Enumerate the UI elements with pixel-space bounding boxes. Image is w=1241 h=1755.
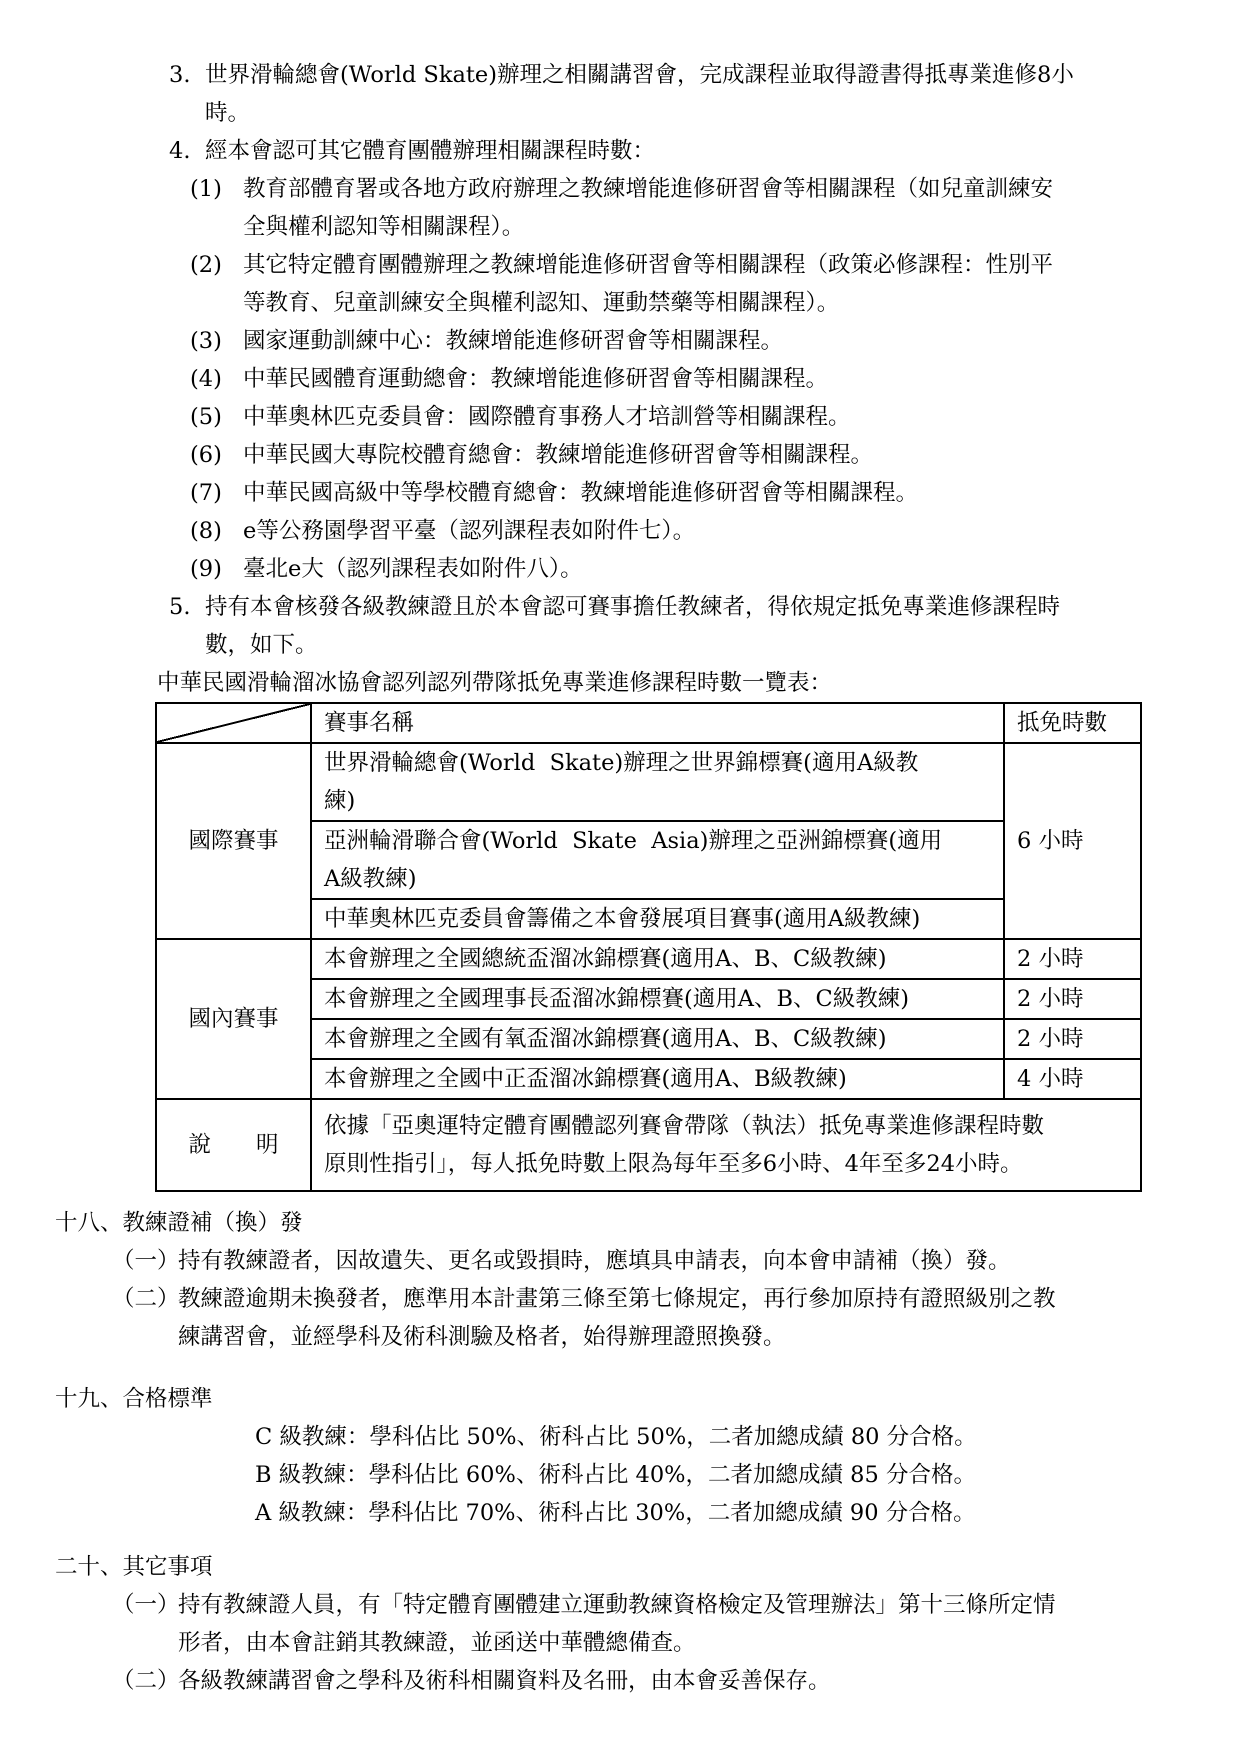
text-line: 原則性指引」，每人抵免時數上限為每年至多6小時、4年至多24小時。 — [324, 1145, 1128, 1183]
sub-item-5: (5) 中華奧林匹克委員會：國際體育事務人才培訓營等相關課程。 — [243, 398, 1193, 436]
hours-cell: 4 小時 — [1004, 1059, 1141, 1099]
sub-item-1: (1) 教育部體育署或各地方政府辦理之教練增能進修研習會等相關課程（如兒童訓練安… — [243, 170, 1193, 246]
text-line: 世界滑輪總會(World Skate)辦理之世界錦標賽(適用A級教 — [324, 744, 991, 782]
section-item: （一） 持有教練證人員，有「特定體育團體建立運動教練資格檢定及管理辦法」第十三條… — [178, 1586, 1193, 1662]
table-header-row: 賽事名稱 抵免時數 — [156, 703, 1141, 743]
hours-cell: 2 小時 — [1004, 1019, 1141, 1059]
item-number: (7) — [190, 474, 222, 512]
event-cell: 本會辦理之全國總統盃溜冰錦標賽(適用A、B、C級教練) — [311, 939, 1004, 979]
text-line: 持有教練證者，因故遺失、更名或毀損時，應填具申請表，向本會申請補（換）發。 — [178, 1242, 1193, 1280]
text-line: 臺北e大（認列課程表如附件八）。 — [243, 550, 1193, 588]
text-line: 本會辦理之全國中正盃溜冰錦標賽(適用A、B級教練) — [324, 1060, 991, 1098]
text-line: 依據「亞奧運特定體育團體認列賽會帶隊（執法）抵免專業進修課程時數 — [324, 1107, 1128, 1145]
item-number: （二） — [112, 1280, 180, 1318]
text-line: 亞洲輪滑聯合會(World Skate Asia)辦理之亞洲錦標賽(適用 — [324, 822, 991, 860]
text-line: 中華民國體育運動總會：教練增能進修研習會等相關課程。 — [243, 360, 1193, 398]
list-item-4: 4. 經本會認可其它體育團體辦理相關課程時數： — [205, 132, 1200, 170]
item-number: （二） — [112, 1662, 180, 1700]
event-cell: 本會辦理之全國理事長盃溜冰錦標賽(適用A、B、C級教練) — [311, 979, 1004, 1019]
credit-hours-table: 賽事名稱 抵免時數 國際賽事 世界滑輪總會(World Skate)辦理之世界錦… — [155, 702, 1142, 1192]
text-line: 持有教練證人員，有「特定體育團體建立運動教練資格檢定及管理辦法」第十三條所定情 — [178, 1586, 1193, 1624]
item-number: 4. — [169, 132, 190, 170]
event-name-header: 賽事名稱 — [311, 703, 1004, 743]
table-row: 國際賽事 世界滑輪總會(World Skate)辦理之世界錦標賽(適用A級教 練… — [156, 743, 1141, 821]
text-line: 等教育、兒童訓練安全與權利認知、運動禁藥等相關課程）。 — [243, 284, 1193, 322]
text-line: 持有本會核發各級教練證且於本會認可賽事擔任教練者，得依規定抵免專業進修課程時 — [205, 588, 1200, 626]
text-line: 形者，由本會註銷其教練證，並函送中華體總備查。 — [178, 1624, 1193, 1662]
text-line: 世界滑輪總會(World Skate)辦理之相關講習會，完成課程並取得證書得抵專… — [205, 56, 1200, 94]
sub-item-8: (8) e等公務園學習平臺（認列課程表如附件七）。 — [243, 512, 1193, 550]
grade-line-a: A 級教練：學科佔比 70%、術科占比 30%，二者加總成績 90 分合格。 — [255, 1494, 1241, 1532]
note-cell: 依據「亞奧運特定體育團體認列賽會帶隊（執法）抵免專業進修課程時數 原則性指引」，… — [311, 1099, 1141, 1191]
credit-hours-header: 抵免時數 — [1004, 703, 1141, 743]
text-line: 中華奧林匹克委員會籌備之本會發展項目賽事(適用A級教練) — [324, 900, 991, 938]
item-number: 5. — [169, 588, 190, 626]
text-line: e等公務園學習平臺（認列課程表如附件七）。 — [243, 512, 1193, 550]
text-line: 練講習會，並經學科及術科測驗及格者，始得辦理證照換發。 — [178, 1318, 1193, 1356]
grade-line-c: C 級教練：學科佔比 50%、術科占比 50%，二者加總成績 80 分合格。 — [255, 1418, 1241, 1456]
item-number: (6) — [190, 436, 222, 474]
event-cell: 本會辦理之全國中正盃溜冰錦標賽(適用A、B級教練) — [311, 1059, 1004, 1099]
sub-item-6: (6) 中華民國大專院校體育總會：教練增能進修研習會等相關課程。 — [243, 436, 1193, 474]
section-heading-20: 二十、其它事項 — [55, 1548, 1241, 1586]
event-cell: 亞洲輪滑聯合會(World Skate Asia)辦理之亞洲錦標賽(適用 A級教… — [311, 821, 1004, 899]
hours-cell: 2 小時 — [1004, 979, 1141, 1019]
sub-item-7: (7) 中華民國高級中等學校體育總會：教練增能進修研習會等相關課程。 — [243, 474, 1193, 512]
sub-item-9: (9) 臺北e大（認列課程表如附件八）。 — [243, 550, 1193, 588]
item-number: （一） — [112, 1586, 180, 1624]
text-line: 教練證逾期未換發者，應準用本計畫第三條至第七條規定，再行參加原持有證照級別之教 — [178, 1280, 1193, 1318]
text-line: 教育部體育署或各地方政府辦理之教練增能進修研習會等相關課程（如兒童訓練安 — [243, 170, 1193, 208]
item-number: (9) — [190, 550, 222, 588]
hours-cell: 2 小時 — [1004, 939, 1141, 979]
item-number: (1) — [190, 170, 222, 208]
group-label-domestic: 國內賽事 — [156, 939, 311, 1099]
event-cell: 中華奧林匹克委員會籌備之本會發展項目賽事(適用A級教練) — [311, 899, 1004, 939]
section-heading-19: 十九、合格標準 — [55, 1380, 1241, 1418]
event-cell: 世界滑輪總會(World Skate)辦理之世界錦標賽(適用A級教 練) — [311, 743, 1004, 821]
text-line: 中華民國大專院校體育總會：教練增能進修研習會等相關課程。 — [243, 436, 1193, 474]
text-line: 全與權利認知等相關課程）。 — [243, 208, 1193, 246]
note-label: 說 明 — [156, 1099, 311, 1191]
text-line: 其它特定體育團體辦理之教練增能進修研習會等相關課程（政策必修課程：性別平 — [243, 246, 1193, 284]
document-page: 3. 世界滑輪總會(World Skate)辦理之相關講習會，完成課程並取得證書… — [0, 0, 1241, 1755]
item-number: (3) — [190, 322, 222, 360]
item-number: (5) — [190, 398, 222, 436]
diagonal-header-cell — [156, 703, 311, 743]
table-title: 中華民國滑輪溜冰協會認列認列帶隊抵免專業進修課程時數一覽表： — [157, 664, 1241, 702]
text-line: 經本會認可其它體育團體辦理相關課程時數： — [205, 132, 1200, 170]
section-item: （二） 教練證逾期未換發者，應準用本計畫第三條至第七條規定，再行參加原持有證照級… — [178, 1280, 1193, 1356]
section-heading-18: 十八、教練證補（換）發 — [55, 1204, 1241, 1242]
text-line: 數，如下。 — [205, 626, 1200, 664]
sub-item-2: (2) 其它特定體育團體辦理之教練增能進修研習會等相關課程（政策必修課程：性別平… — [243, 246, 1193, 322]
hours-cell: 6 小時 — [1004, 743, 1141, 939]
text-line: 國家運動訓練中心：教練增能進修研習會等相關課程。 — [243, 322, 1193, 360]
sub-item-3: (3) 國家運動訓練中心：教練增能進修研習會等相關課程。 — [243, 322, 1193, 360]
table-row: 國內賽事 本會辦理之全國總統盃溜冰錦標賽(適用A、B、C級教練) 2 小時 — [156, 939, 1141, 979]
section-item: （二） 各級教練講習會之學科及術科相關資料及名冊，由本會妥善保存。 — [178, 1662, 1193, 1700]
grade-line-b: B 級教練：學科佔比 60%、術科占比 40%，二者加總成績 85 分合格。 — [255, 1456, 1241, 1494]
text-line: 中華民國高級中等學校體育總會：教練增能進修研習會等相關課程。 — [243, 474, 1193, 512]
item-number: (4) — [190, 360, 222, 398]
item-number: (2) — [190, 246, 222, 284]
group-label-international: 國際賽事 — [156, 743, 311, 939]
item-number: (8) — [190, 512, 222, 550]
list-item-5: 5. 持有本會核發各級教練證且於本會認可賽事擔任教練者，得依規定抵免專業進修課程… — [205, 588, 1200, 664]
sub-item-4: (4) 中華民國體育運動總會：教練增能進修研習會等相關課程。 — [243, 360, 1193, 398]
text-line: A級教練) — [324, 860, 991, 898]
text-line: 練) — [324, 782, 991, 820]
text-line: 中華奧林匹克委員會：國際體育事務人才培訓營等相關課程。 — [243, 398, 1193, 436]
section-item: （一） 持有教練證者，因故遺失、更名或毀損時，應填具申請表，向本會申請補（換）發… — [178, 1242, 1193, 1280]
list-item-3: 3. 世界滑輪總會(World Skate)辦理之相關講習會，完成課程並取得證書… — [205, 56, 1200, 132]
table-note-row: 說 明 依據「亞奧運特定體育團體認列賽會帶隊（執法）抵免專業進修課程時數 原則性… — [156, 1099, 1141, 1191]
text-line: 時。 — [205, 94, 1200, 132]
text-line: 各級教練講習會之學科及術科相關資料及名冊，由本會妥善保存。 — [178, 1662, 1193, 1700]
item-number: （一） — [112, 1242, 180, 1280]
text-line: 本會辦理之全國總統盃溜冰錦標賽(適用A、B、C級教練) — [324, 940, 991, 978]
text-line: 本會辦理之全國有氧盃溜冰錦標賽(適用A、B、C級教練) — [324, 1020, 991, 1058]
text-line: 本會辦理之全國理事長盃溜冰錦標賽(適用A、B、C級教練) — [324, 980, 991, 1018]
event-cell: 本會辦理之全國有氧盃溜冰錦標賽(適用A、B、C級教練) — [311, 1019, 1004, 1059]
item-number: 3. — [169, 56, 190, 94]
